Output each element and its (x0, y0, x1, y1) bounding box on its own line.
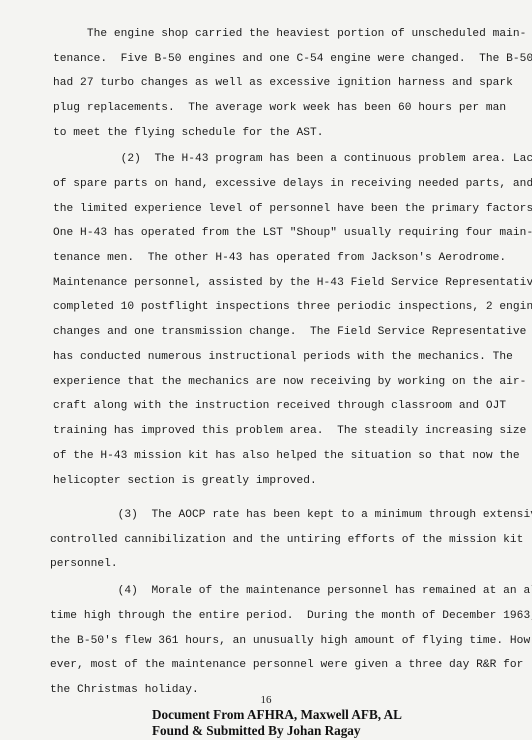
text-line: tenance. Five B-50 engines and one C-54 … (53, 52, 532, 66)
text-line: The engine shop carried the heaviest por… (53, 27, 526, 41)
text-line: helicopter section is greatly improved. (53, 474, 317, 488)
text-line: had 27 turbo changes as well as excessiv… (53, 76, 513, 90)
text-line: (4) Morale of the maintenance personnel … (50, 584, 532, 598)
text-line: controlled cannibilization and the untir… (50, 533, 523, 547)
text-line: of spare parts on hand, excessive delays… (53, 177, 532, 191)
text-line: personnel. (50, 557, 118, 571)
text-line: (3) The AOCP rate has been kept to a min… (50, 508, 532, 522)
text-line: ever, most of the maintenance personnel … (50, 658, 523, 672)
document-page: The engine shop carried the heaviest por… (0, 0, 532, 740)
text-line: (2) The H-43 program has been a continuo… (53, 152, 532, 166)
text-line: craft along with the instruction receive… (53, 399, 506, 413)
text-line: has conducted numerous instructional per… (53, 350, 513, 364)
text-line: completed 10 postflight inspections thre… (53, 300, 532, 314)
page-number: 16 (0, 694, 532, 706)
footer-source-line: Document From AFHRA, Maxwell AFB, AL (152, 707, 402, 723)
text-line: training has improved this problem area.… (53, 424, 526, 438)
footer-credit-line: Found & Submitted By Johan Ragay (152, 723, 360, 739)
text-line: the B-50's flew 361 hours, an unusually … (50, 634, 532, 648)
text-line: time high through the entire period. Dur… (50, 609, 532, 623)
text-line: experience that the mechanics are now re… (53, 375, 526, 389)
text-line: changes and one transmission change. The… (53, 325, 526, 339)
text-line: plug replacements. The average work week… (53, 101, 506, 115)
text-line: tenance men. The other H-43 has operated… (53, 251, 506, 265)
text-line: One H-43 has operated from the LST "Shou… (53, 226, 532, 240)
text-line: of the H-43 mission kit has also helped … (53, 449, 520, 463)
text-line: to meet the flying schedule for the AST. (53, 126, 324, 140)
text-line: the limited experience level of personne… (53, 202, 532, 216)
text-line: Maintenance personnel, assisted by the H… (53, 276, 532, 290)
